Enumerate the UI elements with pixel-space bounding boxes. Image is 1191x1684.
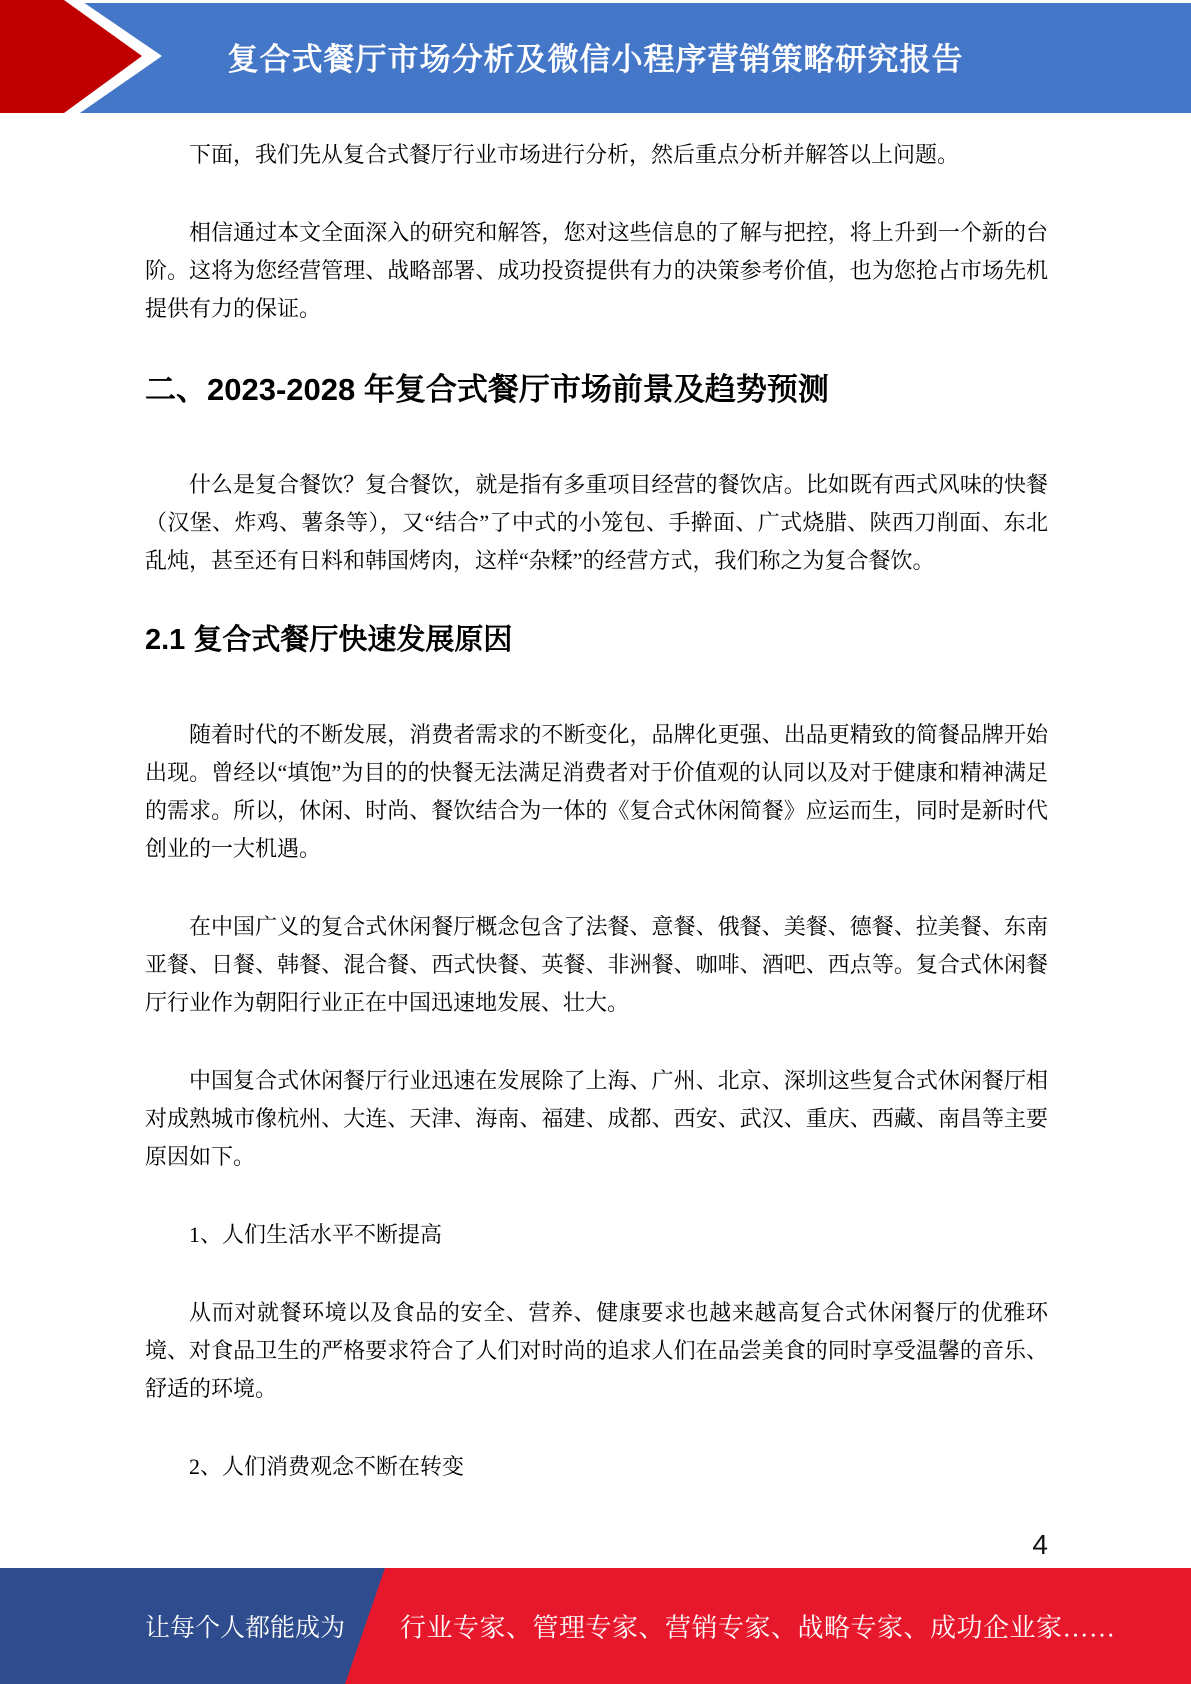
page-footer: 行业专家、管理专家、营销专家、战略专家、成功企业家…… 让每个人都能成为	[0, 1568, 1191, 1684]
numbered-point-1-title: 1、人们生活水平不断提高	[145, 1216, 1048, 1254]
subsection-heading: 2.1 复合式餐厅快速发展原因	[145, 620, 1048, 660]
report-page: 复合式餐厅市场分析及微信小程序营销策略研究报告 下面，我们先从复合式餐厅行业市场…	[0, 0, 1191, 1684]
page-number: 4	[145, 1526, 1048, 1564]
subsection-paragraph-1: 随着时代的不断发展，消费者需求的不断变化，品牌化更强、出品更精致的简餐品牌开始出…	[145, 716, 1048, 868]
document-body: 下面，我们先从复合式餐厅行业市场进行分析，然后重点分析并解答以上问题。 相信通过…	[0, 113, 1191, 1564]
page-header: 复合式餐厅市场分析及微信小程序营销策略研究报告	[0, 0, 1191, 113]
numbered-point-2-title: 2、人们消费观念不断在转变	[145, 1448, 1048, 1486]
intro-paragraph-2: 相信通过本文全面深入的研究和解答，您对这些信息的了解与把控，将上升到一个新的台阶…	[145, 214, 1048, 328]
section-heading: 二、2023-2028 年复合式餐厅市场前景及趋势预测	[145, 368, 1048, 412]
subsection-paragraph-3: 中国复合式休闲餐厅行业迅速在发展除了上海、广州、北京、深圳这些复合式休闲餐厅相对…	[145, 1062, 1048, 1176]
numbered-point-1-body: 从而对就餐环境以及食品的安全、营养、健康要求也越来越高复合式休闲餐厅的优雅环境、…	[145, 1294, 1048, 1408]
footer-blue-band: 让每个人都能成为	[0, 1568, 385, 1684]
footer-slogan-right: 行业专家、管理专家、营销专家、战略专家、成功企业家……	[400, 1608, 1116, 1645]
footer-slogan-left: 让每个人都能成为	[145, 1608, 345, 1644]
subsection-paragraph-2: 在中国广义的复合式休闲餐厅概念包含了法餐、意餐、俄餐、美餐、德餐、拉美餐、东南亚…	[145, 908, 1048, 1022]
report-title: 复合式餐厅市场分析及微信小程序营销策略研究报告	[0, 0, 1191, 113]
section-paragraph-1: 什么是复合餐饮？复合餐饮，就是指有多重项目经营的餐饮店。比如既有西式风味的快餐（…	[145, 466, 1048, 580]
intro-paragraph-1: 下面，我们先从复合式餐厅行业市场进行分析，然后重点分析并解答以上问题。	[145, 136, 1048, 174]
